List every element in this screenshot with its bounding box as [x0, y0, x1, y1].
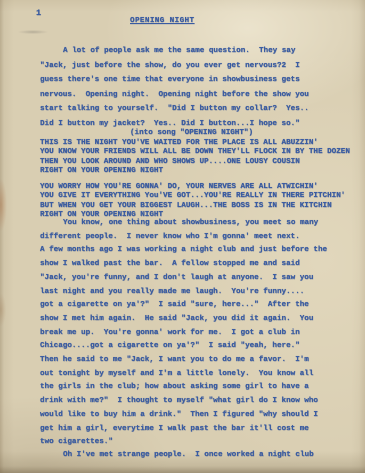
text-line: A few months ago I was working a night c…: [40, 244, 363, 258]
song-verse-1: THIS IS THE NIGHT YOU'VE WAITED FOR THE …: [40, 139, 363, 177]
text-line: start talking to yourself. "Did I button…: [40, 102, 363, 117]
text-line: Then he said to me "Jack, I want you to …: [40, 354, 363, 368]
page-title: OPENING NIGHT: [130, 17, 194, 25]
script-page: 1 OPENING NIGHT A lot of people ask me t…: [0, 0, 365, 473]
lyric-line: YOU WORRY HOW YOU'RE GONNA' DO, YOUR NER…: [40, 183, 363, 193]
lyric-line: RIGHT ON YOUR OPENING NIGHT: [40, 167, 363, 177]
closing-paragraph: Oh I've met strange people. I once worke…: [40, 449, 363, 463]
page-number: 1: [36, 8, 41, 18]
night-club-paragraph: You know, one thing about showbusiness, …: [40, 217, 363, 450]
text-line: "Jack, you're funny, and I don't laugh a…: [40, 272, 363, 286]
text-line: would like to buy him a drink." Then I f…: [40, 409, 363, 423]
text-line: show I walked past the bar. A fellow sto…: [40, 258, 363, 272]
typewritten-script-page: { "colors": { "ink": "#3a5ca3", "paper":…: [0, 0, 365, 473]
text-line: You know, one thing about showbusiness, …: [40, 217, 363, 231]
opening-paragraph: A lot of people ask me the same question…: [40, 44, 363, 131]
lyric-line: BUT WHEN YOU GET YOUR BIGGEST LAUGH...TH…: [40, 202, 363, 212]
text-line: out tonight by myself and I'm a little l…: [40, 368, 363, 382]
text-line: two cigarettes.": [40, 436, 363, 450]
text-line: break me up. You're gonna' work for me. …: [40, 327, 363, 341]
text-line: nervous. Opening night. Opening night be…: [40, 88, 363, 103]
lyric-line: THEN YOU LOOK AROUND AND WHO SHOWS UP...…: [40, 158, 363, 168]
text-line: drink with me?" I thought to myself "wha…: [40, 395, 363, 409]
text-line: "Jack, just before the show, do you ever…: [40, 59, 363, 74]
song-verse-2: YOU WORRY HOW YOU'RE GONNA' DO, YOUR NER…: [40, 183, 363, 221]
text-line: get him a girl, everytime I walk past th…: [40, 423, 363, 437]
text-line: show I met him again. He said "Jack, you…: [40, 313, 363, 327]
lyric-line: YOU GIVE IT EVERYTHING You'VE GOT...YOU'…: [40, 192, 363, 202]
lyric-line: THIS IS THE NIGHT YOU'VE WAITED FOR THE …: [40, 139, 363, 149]
text-line: the girls in the club; how about asking …: [40, 381, 363, 395]
text-line: got a cigarette on ya'?" I said "sure, h…: [40, 299, 363, 313]
lyric-line: YOU KNOW YOUR FRIENDS WILL ALL BE DOWN T…: [40, 148, 363, 158]
text-line: Chicago....got a cigarette on ya'?" I sa…: [40, 340, 363, 354]
text-line: last night and you really made me laugh.…: [40, 286, 363, 300]
text-line: A lot of people ask me the same question…: [40, 44, 363, 59]
text-line: different people. I never know who I'm g…: [40, 231, 363, 245]
song-cue: (into song "OPENING NIGHT"): [130, 129, 253, 137]
text-line: Oh I've met strange people. I once worke…: [40, 449, 363, 463]
text-line: guess there's one time that everyone in …: [40, 73, 363, 88]
